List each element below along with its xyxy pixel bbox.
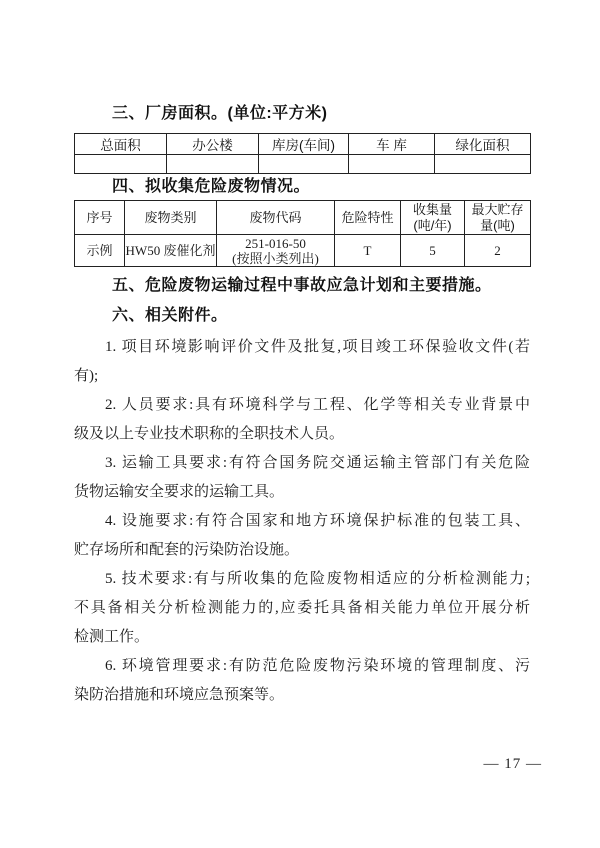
header-line: 危险特性 — [335, 210, 400, 226]
table-cell — [349, 155, 435, 174]
factory-area-table: 总面积 办公楼 库房(车间) 车 库 绿化面积 — [74, 133, 531, 174]
column-header: 库房(车间) — [259, 134, 349, 155]
table-header-row: 总面积 办公楼 库房(车间) 车 库 绿化面积 — [75, 134, 531, 155]
table-row — [75, 155, 531, 174]
table-cell: HW50 废催化剂 — [125, 235, 217, 267]
column-header: 总面积 — [75, 134, 167, 155]
cell-line: T — [335, 243, 400, 258]
header-line: 最大贮存 — [465, 202, 530, 218]
column-header: 危险特性 — [335, 201, 401, 235]
table-row: 示例 HW50 废催化剂 251-016-50 (按照小类列出) T 5 2 — [75, 235, 531, 267]
paragraph-line: 级及以上专业技术职称的全职技术人员。 — [74, 420, 530, 449]
header-line: 量(吨) — [465, 218, 530, 234]
table-cell: 示例 — [75, 235, 125, 267]
table-cell — [435, 155, 531, 174]
paragraph-item: 5. 技术要求:有与所收集的危险废物相适应的分析检测能力; 不具备相关分析检测能… — [74, 565, 530, 652]
column-header: 绿化面积 — [435, 134, 531, 155]
paragraph-line: 贮存场所和配套的污染防治设施。 — [74, 536, 530, 565]
waste-collection-table: 序号 废物类别 废物代码 危险特性 收集量 (吨/年) 最大贮存 量(吨) — [74, 200, 531, 267]
paragraph-line: 1. 项目环境影响评价文件及批复,项目竣工环保验收文件(若 — [74, 333, 530, 362]
cell-line: 示例 — [75, 243, 124, 258]
document-page: 三、厂房面积。(单位:平方米) 总面积 办公楼 库房(车间) 车 库 绿化面积 — [0, 0, 600, 848]
paragraph-line: 检测工作。 — [74, 623, 530, 652]
cell-line: (按照小类列出) — [217, 251, 334, 266]
header-line: (吨/年) — [401, 218, 464, 234]
paragraph-line: 不具备相关分析检测能力的,应委托具备相关能力单位开展分析 — [74, 594, 530, 623]
paragraph-line: 6. 环境管理要求:有防范危险废物污染环境的管理制度、污 — [74, 652, 530, 681]
section-heading-attachments: 六、相关附件。 — [74, 305, 530, 326]
section-heading-waste-collection: 四、拟收集危险废物情况。 — [74, 176, 530, 197]
paragraph-line: 染防治措施和环境应急预案等。 — [74, 681, 530, 710]
table-cell: 5 — [401, 235, 465, 267]
column-header: 车 库 — [349, 134, 435, 155]
table-cell: 2 — [465, 235, 531, 267]
paragraph-item: 1. 项目环境影响评价文件及批复,项目竣工环保验收文件(若 有); — [74, 333, 530, 391]
column-header: 最大贮存 量(吨) — [465, 201, 531, 235]
paragraph-line: 3. 运输工具要求:有符合国务院交通运输主管部门有关危险 — [74, 449, 530, 478]
paragraph-line: 2. 人员要求:具有环境科学与工程、化学等相关专业背景中 — [74, 391, 530, 420]
section-heading-factory-area: 三、厂房面积。(单位:平方米) — [74, 103, 530, 124]
document-content: 三、厂房面积。(单位:平方米) 总面积 办公楼 库房(车间) 车 库 绿化面积 — [74, 0, 530, 710]
column-header: 收集量 (吨/年) — [401, 201, 465, 235]
column-header: 序号 — [75, 201, 125, 235]
table-cell — [75, 155, 167, 174]
paragraph-item: 6. 环境管理要求:有防范危险废物污染环境的管理制度、污 染防治措施和环境应急预… — [74, 652, 530, 710]
cell-line: 251-016-50 — [217, 236, 334, 251]
table-cell — [167, 155, 259, 174]
header-line: 收集量 — [401, 202, 464, 218]
attachment-items: 1. 项目环境影响评价文件及批复,项目竣工环保验收文件(若 有); 2. 人员要… — [74, 333, 530, 710]
cell-line: 5 — [401, 243, 464, 258]
cell-line: HW50 废催化剂 — [125, 243, 216, 258]
table-cell — [259, 155, 349, 174]
header-line: 废物代码 — [217, 210, 334, 226]
paragraph-item: 3. 运输工具要求:有符合国务院交通运输主管部门有关危险 货物运输安全要求的运输… — [74, 449, 530, 507]
header-line: 序号 — [75, 210, 124, 226]
paragraph-item: 4. 设施要求:有符合国家和地方环境保护标准的包装工具、 贮存场所和配套的污染防… — [74, 507, 530, 565]
table-cell: T — [335, 235, 401, 267]
paragraph-line: 5. 技术要求:有与所收集的危险废物相适应的分析检测能力; — [74, 565, 530, 594]
column-header: 废物代码 — [217, 201, 335, 235]
paragraph-line: 4. 设施要求:有符合国家和地方环境保护标准的包装工具、 — [74, 507, 530, 536]
page-number: — 17 — — [484, 756, 543, 773]
cell-line: 2 — [465, 243, 530, 258]
column-header: 废物类别 — [125, 201, 217, 235]
table-header-row: 序号 废物类别 废物代码 危险特性 收集量 (吨/年) 最大贮存 量(吨) — [75, 201, 531, 235]
paragraph-line: 有); — [74, 362, 530, 391]
column-header: 办公楼 — [167, 134, 259, 155]
section-heading-emergency-plan: 五、危险废物运输过程中事故应急计划和主要措施。 — [74, 275, 530, 296]
paragraph-item: 2. 人员要求:具有环境科学与工程、化学等相关专业背景中 级及以上专业技术职称的… — [74, 391, 530, 449]
paragraph-line: 货物运输安全要求的运输工具。 — [74, 478, 530, 507]
table-cell: 251-016-50 (按照小类列出) — [217, 235, 335, 267]
header-line: 废物类别 — [125, 210, 216, 226]
